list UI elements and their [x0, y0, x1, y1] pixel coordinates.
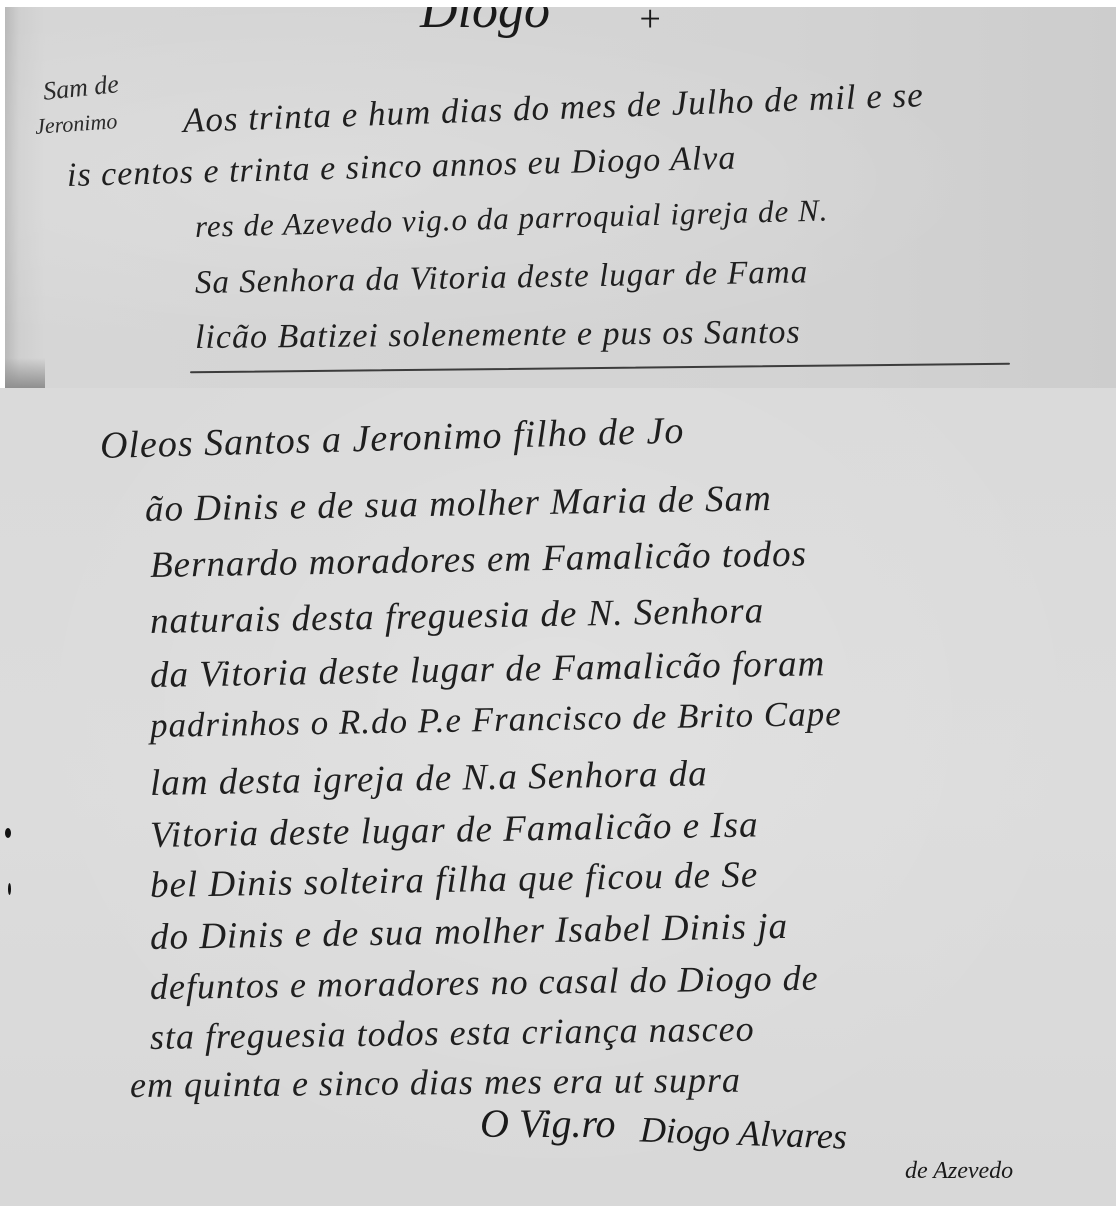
signature-name: Diogo Alvares	[639, 1108, 847, 1157]
record-line: res de Azevedo vig.o da parroquial igrej…	[195, 192, 829, 245]
top-record-strip: Diogo + Sam de Jeronimo Aos trinta e hum…	[5, 7, 1116, 388]
record-line: defuntos e moradores no casal do Diogo d…	[150, 957, 819, 1008]
margin-note-line-1: Sam de	[42, 69, 121, 107]
record-line: ão Dinis e de sua molher Maria de Sam	[145, 477, 773, 531]
bottom-record-strip: Oleos Santos a Jeronimo filho de Jo ão D…	[0, 388, 1116, 1206]
record-line: do Dinis e de sua molher Isabel Dinis ja	[150, 905, 789, 959]
record-heading: Diogo	[420, 7, 550, 40]
record-line: naturais desta freguesia de N. Senhora	[150, 589, 765, 643]
record-line: Sa Senhora da Vitoria deste lugar de Fam…	[195, 254, 809, 302]
ink-blot	[8, 883, 11, 895]
record-line: da Vitoria deste lugar de Famalicão fora…	[150, 642, 826, 697]
record-line: em quinta e sinco dias mes era ut supra	[130, 1059, 741, 1106]
signature-title: O Vig.ro	[480, 1100, 616, 1147]
record-line: Oleos Santos a Jeronimo filho de Jo	[99, 409, 684, 468]
record-line: bel Dinis solteira filha que ficou de Se	[150, 853, 759, 907]
heading-cross-mark: +	[637, 7, 663, 41]
record-line: Aos trinta e hum dias do mes de Julho de…	[182, 75, 924, 141]
record-line: Bernardo moradores em Famalicão todos	[150, 533, 808, 587]
section-underline	[190, 363, 1010, 374]
record-line: sta freguesia todos esta criança nasceo	[150, 1008, 755, 1058]
record-line: Vitoria deste lugar de Famalicão e Isa	[150, 803, 759, 857]
margin-note-line-2: Jeronimo	[34, 108, 118, 140]
record-line: lam desta igreja de N.a Senhora da	[150, 752, 708, 805]
signature-surname: de Azevedo	[905, 1158, 1013, 1185]
record-line: padrinhos o R.do P.e Francisco de Brito …	[150, 694, 842, 746]
record-line: licão Batizei solenemente e pus os Santo…	[195, 314, 801, 357]
ink-blot	[5, 828, 11, 838]
record-line: is centos e trinta e sinco annos eu Diog…	[67, 139, 737, 195]
